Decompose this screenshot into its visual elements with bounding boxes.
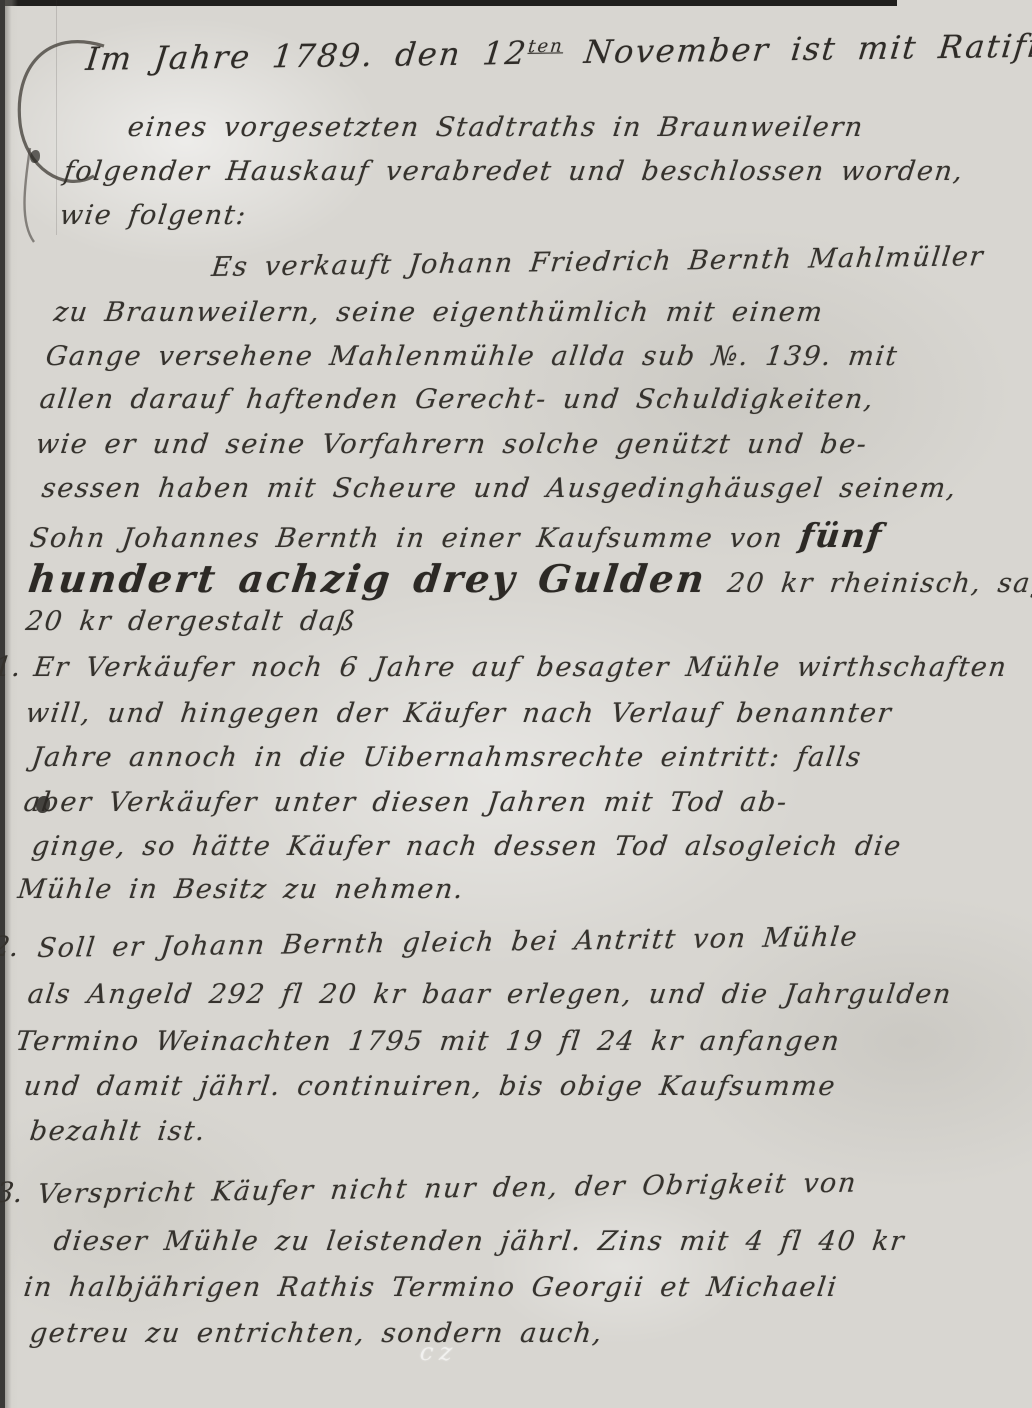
manuscript-line: will, und hingegen der Käufer nach Verla… xyxy=(24,698,894,729)
manuscript-line: und damit jährl. continuiren, bis obige … xyxy=(22,1071,838,1102)
manuscript-line: aber Verkäufer unter diesen Jahren mit T… xyxy=(22,787,790,818)
manuscript-line: 20 kr dergestalt daß xyxy=(24,606,358,637)
manuscript-line: in halbjährigen Rathis Termino Georgii e… xyxy=(22,1272,839,1303)
manuscript-line: allen darauf haftenden Gerecht- und Schu… xyxy=(38,384,876,415)
manuscript-line: Soll er Johann Bernth gleich bei Antritt… xyxy=(36,922,860,964)
manuscript-line: als Angeld 292 fl 20 kr baar erlegen, un… xyxy=(26,979,954,1010)
kaufsumme-text: Sohn Johannes Bernth in einer Kaufsumme … xyxy=(28,523,801,554)
gulden-amount-words: hundert achzig drey Gulden xyxy=(26,556,731,601)
manuscript-line: Im Jahre 1789. den 12ten November ist mi… xyxy=(84,25,1032,78)
margin-number-3: 3. xyxy=(0,1176,25,1209)
margin-number-1: 1. xyxy=(0,650,23,683)
header-text-suffix: November ist mit Ratification xyxy=(561,25,1032,71)
manuscript-line: wie er und seine Vorfahrern solche genüt… xyxy=(34,429,869,460)
manuscript-page: Im Jahre 1789. den 12ten November ist mi… xyxy=(0,0,1032,1408)
manuscript-line: Mühle in Besitz zu nehmen. xyxy=(16,874,466,905)
manuscript-line: Verspricht Käufer nicht nur den, der Obr… xyxy=(36,1168,859,1210)
manuscript-line: Sohn Johannes Bernth in einer Kaufsumme … xyxy=(28,516,885,555)
manuscript-line: hundert achzig drey Gulden 20 kr rheinis… xyxy=(26,556,1032,601)
manuscript-line: folgender Hauskauf verabredet und beschl… xyxy=(62,156,966,187)
manuscript-line: dieser Mühle zu leistenden jährl. Zins m… xyxy=(52,1226,907,1257)
kaufsumme-emphasis: fünf xyxy=(797,516,885,555)
header-superscript: ten xyxy=(527,36,565,57)
manuscript-line: Er Verkäufer noch 6 Jahre auf besagter M… xyxy=(32,652,1009,683)
manuscript-line: Jahre annoch in die Uibernahmsrechte ein… xyxy=(30,742,864,773)
watermark-fragment: cz xyxy=(419,1338,460,1366)
manuscript-line: Termino Weinachten 1795 mit 19 fl 24 kr … xyxy=(14,1026,842,1057)
manuscript-line: bezahlt ist. xyxy=(28,1116,208,1147)
manuscript-line: Es verkauft Johann Friedrich Bernth Mahl… xyxy=(210,241,986,283)
manuscript-line: Gange versehene Mahlenmühle allda sub №.… xyxy=(44,341,900,372)
manuscript-line: wie folgent: xyxy=(58,200,249,231)
manuscript-line: getreu zu entrichten, sondern auch, xyxy=(28,1318,605,1349)
manuscript-line: sessen haben mit Scheure und Ausgedinghä… xyxy=(40,473,959,504)
manuscript-line: ginge, so hätte Käufer nach dessen Tod a… xyxy=(30,831,904,862)
gulden-amount-figures: 20 kr rheinisch, sage 583 fl 20 kr xyxy=(726,568,1032,599)
manuscript-line: eines vorgesetzten Stadtraths in Braunwe… xyxy=(126,112,866,143)
scan-edge-top xyxy=(0,0,897,6)
header-text-prefix: Im Jahre 1789. den 12 xyxy=(84,34,530,78)
manuscript-line: zu Braunweilern, seine eigenthümlich mit… xyxy=(52,297,826,328)
